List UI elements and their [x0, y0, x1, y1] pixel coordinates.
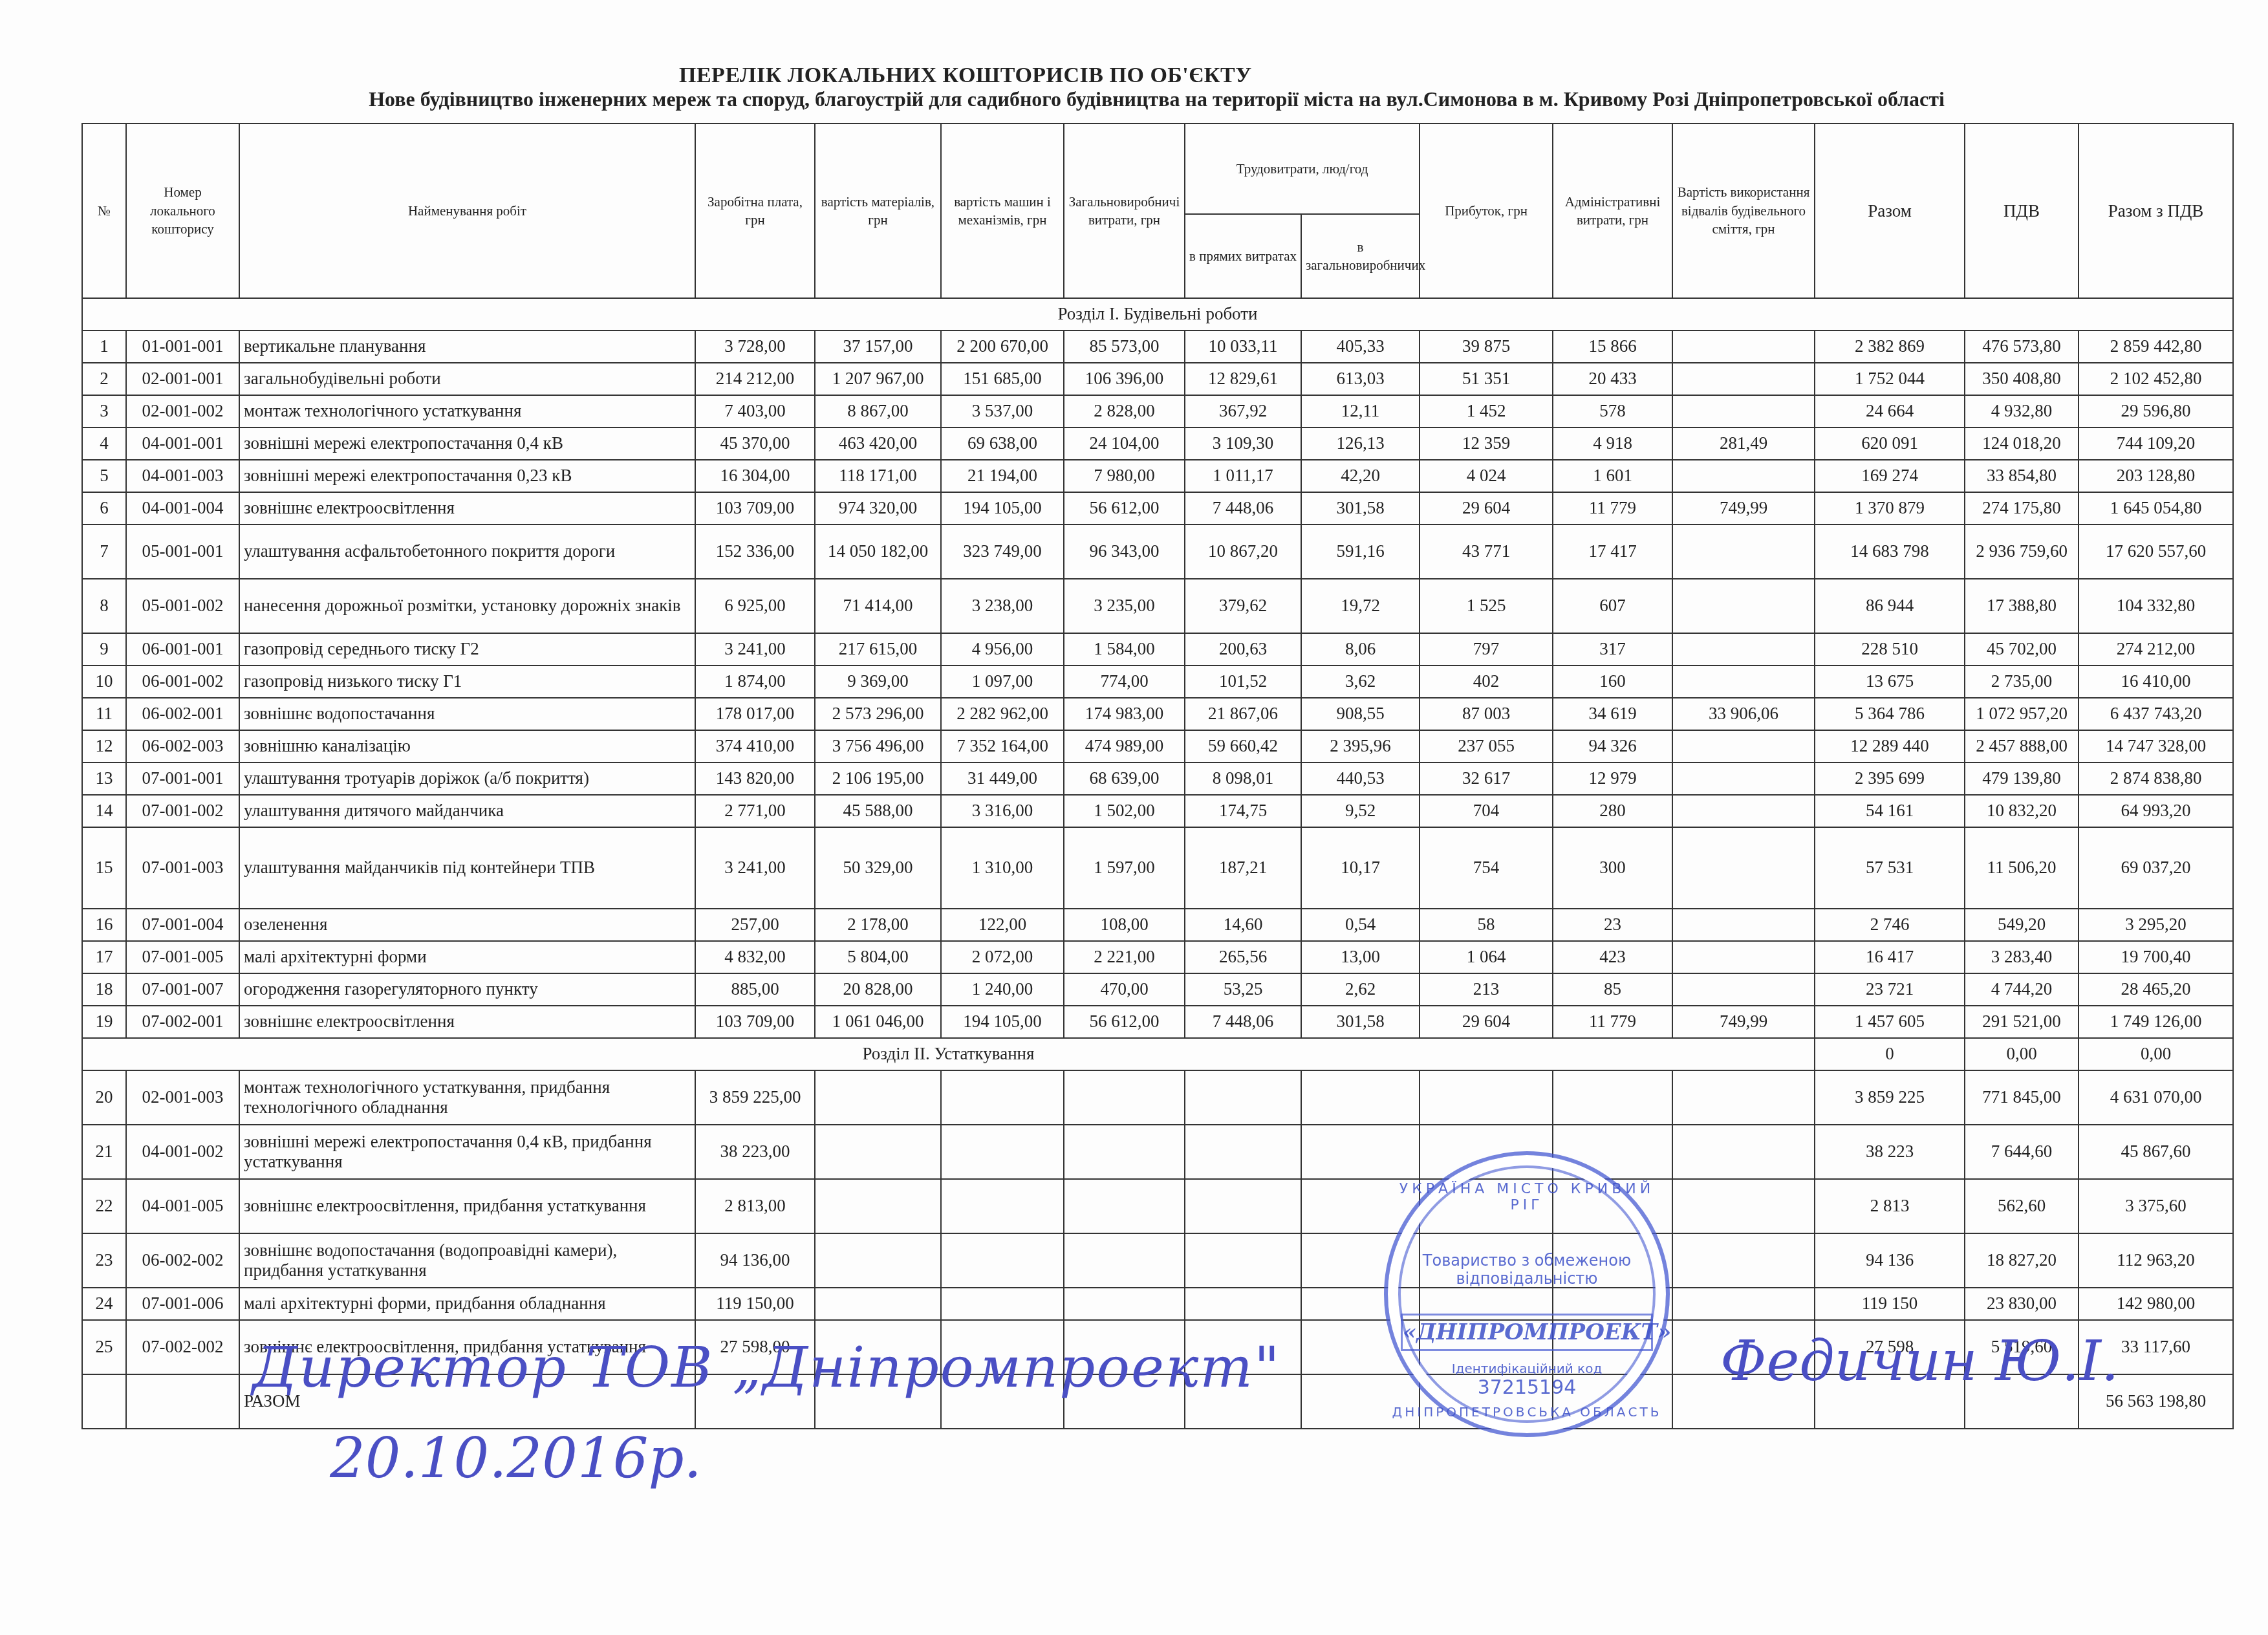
- handwritten-signature-name: Федичин Ю.І.: [1720, 1329, 2119, 1394]
- cell-overhead: 85 573,00: [1064, 330, 1185, 363]
- cell-profit: 754: [1420, 827, 1553, 909]
- cell-labor-direct: [1185, 1070, 1301, 1125]
- cell-waste: [1672, 973, 1815, 1006]
- table-row: 404-001-001зовнішні мережі електропостач…: [82, 428, 2233, 460]
- cell-labor-direct: 12 829,61: [1185, 363, 1301, 395]
- cell-overhead: 2 221,00: [1064, 941, 1185, 973]
- cell-name: зовнішні мережі електропостачання 0,4 кВ…: [239, 1125, 695, 1179]
- cell-total: 54 161: [1815, 795, 1965, 827]
- cell-overhead: 1 584,00: [1064, 633, 1185, 666]
- cell-wages: 3 728,00: [695, 330, 815, 363]
- cell-total: 16 417: [1815, 941, 1965, 973]
- cell-labor-overhead: 2 395,96: [1301, 730, 1420, 763]
- cell-admin: 11 779: [1553, 1006, 1672, 1038]
- cell-machines: 323 749,00: [941, 525, 1064, 579]
- header-no: №: [82, 124, 126, 298]
- cell-admin: 15 866: [1553, 330, 1672, 363]
- cell-materials: 2 573 296,00: [815, 698, 941, 730]
- cell-total: 228 510: [1815, 633, 1965, 666]
- document-subtitle: Нове будівництво інженерних мереж та спо…: [0, 87, 2268, 111]
- cell-total-vat: 274 212,00: [2079, 633, 2233, 666]
- section-label-vat: 0,00: [1965, 1038, 2079, 1070]
- section-header-row: Розділ І. Будівельні роботи: [82, 298, 2233, 330]
- document-page: ПЕРЕЛІК ЛОКАЛЬНИХ КОШТОРИСІВ ПО ОБ'ЄКТУ …: [0, 0, 2268, 1635]
- cell-labor-direct: 367,92: [1185, 395, 1301, 428]
- cell-machines: 194 105,00: [941, 1006, 1064, 1038]
- cell-profit: 39 875: [1420, 330, 1553, 363]
- cell-vat: 2 457 888,00: [1965, 730, 2079, 763]
- cell-labor-overhead: 19,72: [1301, 579, 1420, 633]
- cell-total: 1 752 044: [1815, 363, 1965, 395]
- cell-machines: 7 352 164,00: [941, 730, 1064, 763]
- cell-no: 2: [82, 363, 126, 395]
- cell-wages: 4 832,00: [695, 941, 815, 973]
- cell-profit: 797: [1420, 633, 1553, 666]
- cell-labor-direct: 59 660,42: [1185, 730, 1301, 763]
- cell-waste: [1672, 730, 1815, 763]
- cell-labor-overhead: 10,17: [1301, 827, 1420, 909]
- cell-labor-direct: 7 448,06: [1185, 492, 1301, 525]
- cell-overhead: 3 235,00: [1064, 579, 1185, 633]
- cell-vat: 771 845,00: [1965, 1070, 2079, 1125]
- table-row: 1907-002-001зовнішнє електроосвітлення10…: [82, 1006, 2233, 1038]
- cell-admin: 34 619: [1553, 698, 1672, 730]
- cell-no: 6: [82, 492, 126, 525]
- cell-labor-overhead: 613,03: [1301, 363, 1420, 395]
- cell-no: 7: [82, 525, 126, 579]
- cell-total-vat: 3 375,60: [2079, 1179, 2233, 1233]
- cell-waste: [1672, 363, 1815, 395]
- cell-name: малі архітектурні форми: [239, 941, 695, 973]
- cell-name: зовнішнє водопостачання: [239, 698, 695, 730]
- cell-name: улаштування майданчиків під контейнери Т…: [239, 827, 695, 909]
- table-row: 202-001-001загальнобудівельні роботи214 …: [82, 363, 2233, 395]
- header-name: Найменування робіт: [239, 124, 695, 298]
- cell-total: 1 370 879: [1815, 492, 1965, 525]
- cell-materials: 118 171,00: [815, 460, 941, 492]
- cell-labor-direct: [1185, 1125, 1301, 1179]
- table-row: 906-001-001газопровід середнього тиску Г…: [82, 633, 2233, 666]
- cell-labor-direct: 379,62: [1185, 579, 1301, 633]
- cell-machines: [941, 1233, 1064, 1288]
- cell-code: 07-002-001: [126, 1006, 239, 1038]
- cell-labor-overhead: [1301, 1125, 1420, 1179]
- cell-name: газопровід низького тиску Г1: [239, 666, 695, 698]
- cell-no: 21: [82, 1125, 126, 1179]
- cell-waste: [1672, 1179, 1815, 1233]
- cell-wages: 119 150,00: [695, 1288, 815, 1320]
- cell-code: 07-001-001: [126, 763, 239, 795]
- cell-total-vat: 69 037,20: [2079, 827, 2233, 909]
- cell-code: 06-002-001: [126, 698, 239, 730]
- cell-no: 24: [82, 1288, 126, 1320]
- cell-total: 169 274: [1815, 460, 1965, 492]
- cell-waste: [1672, 1288, 1815, 1320]
- cell-code: 02-001-002: [126, 395, 239, 428]
- table-row: 1407-001-002улаштування дитячого майданч…: [82, 795, 2233, 827]
- cell-code: 07-001-002: [126, 795, 239, 827]
- cell-admin: 20 433: [1553, 363, 1672, 395]
- cell-materials: [815, 1288, 941, 1320]
- cell-materials: 37 157,00: [815, 330, 941, 363]
- cell-name: зовнішні мережі електропостачання 0,23 к…: [239, 460, 695, 492]
- cell-total-vat: 4 631 070,00: [2079, 1070, 2233, 1125]
- cell-overhead: 7 980,00: [1064, 460, 1185, 492]
- cell-no: 16: [82, 909, 126, 941]
- cell-vat: 17 388,80: [1965, 579, 2079, 633]
- header-vat: ПДВ: [1965, 124, 2079, 298]
- cell-no: 13: [82, 763, 126, 795]
- cell-vat: 11 506,20: [1965, 827, 2079, 909]
- cell-wages: 178 017,00: [695, 698, 815, 730]
- cell-labor-direct: [1185, 1233, 1301, 1288]
- cell-name: газопровід середнього тиску Г2: [239, 633, 695, 666]
- table-body: Розділ І. Будівельні роботи101-001-001ве…: [82, 298, 2233, 1429]
- cell-machines: 194 105,00: [941, 492, 1064, 525]
- header-machines: вартість машин і механізмів, грн: [941, 124, 1064, 298]
- cell-machines: 31 449,00: [941, 763, 1064, 795]
- cell-labor-direct: 3 109,30: [1185, 428, 1301, 460]
- cell-labor-direct: 53,25: [1185, 973, 1301, 1006]
- handwritten-date: 20.10.2016р.: [330, 1426, 702, 1491]
- cell-admin: 423: [1553, 941, 1672, 973]
- cell-name: нанесення дорожньої розмітки, установку …: [239, 579, 695, 633]
- cell-name: зовнішнє електроосвітлення: [239, 1006, 695, 1038]
- cell-vat: 4 744,20: [1965, 973, 2079, 1006]
- cell-wages: 45 370,00: [695, 428, 815, 460]
- cell-wages: 94 136,00: [695, 1233, 815, 1288]
- cell-waste: [1672, 460, 1815, 492]
- cell-labor-overhead: 908,55: [1301, 698, 1420, 730]
- cell-no: 4: [82, 428, 126, 460]
- cell-labor-direct: 265,56: [1185, 941, 1301, 973]
- handwritten-signature-line: Директор ТОВ „Дніпромпроект": [252, 1336, 1280, 1400]
- cell-wages: 214 212,00: [695, 363, 815, 395]
- cell-wages: 16 304,00: [695, 460, 815, 492]
- cell-waste: [1672, 395, 1815, 428]
- cell-code: 06-002-003: [126, 730, 239, 763]
- cell-vat: 274 175,80: [1965, 492, 2079, 525]
- cell-code: 07-001-006: [126, 1288, 239, 1320]
- cell-admin: 1 601: [1553, 460, 1672, 492]
- cell-admin: 160: [1553, 666, 1672, 698]
- cell-overhead: 174 983,00: [1064, 698, 1185, 730]
- cell-total-vat: 6 437 743,20: [2079, 698, 2233, 730]
- header-labor: Трудовитрати, люд/год: [1185, 124, 1420, 214]
- cell-name: зовнішнє електроосвітлення, придбання ус…: [239, 1179, 695, 1233]
- cell-no: 1: [82, 330, 126, 363]
- cell-no: 22: [82, 1179, 126, 1233]
- cell-waste: [1672, 1125, 1815, 1179]
- cell-materials: 9 369,00: [815, 666, 941, 698]
- cell-no: 17: [82, 941, 126, 973]
- cell-total-vat: 1 645 054,80: [2079, 492, 2233, 525]
- cell-profit: 4 024: [1420, 460, 1553, 492]
- cell-materials: 8 867,00: [815, 395, 941, 428]
- cell-total: 13 675: [1815, 666, 1965, 698]
- cell-code: 06-002-002: [126, 1233, 239, 1288]
- cell-profit: 213: [1420, 973, 1553, 1006]
- cell-wages: 3 241,00: [695, 827, 815, 909]
- cell-code: 05-001-001: [126, 525, 239, 579]
- cell-wages: 2 813,00: [695, 1179, 815, 1233]
- cell-overhead: [1064, 1070, 1185, 1125]
- cell-profit: 32 617: [1420, 763, 1553, 795]
- header-overhead: Загальновиробничі витрати, грн: [1064, 124, 1185, 298]
- cell-waste: [1672, 579, 1815, 633]
- cell-labor-direct: [1185, 1179, 1301, 1233]
- cell-code: 07-001-004: [126, 909, 239, 941]
- cell-profit: 29 604: [1420, 492, 1553, 525]
- cell-profit: 29 604: [1420, 1006, 1553, 1038]
- cell-name: озеленення: [239, 909, 695, 941]
- table-row: 1106-002-001зовнішнє водопостачання178 0…: [82, 698, 2233, 730]
- cell-machines: 2 072,00: [941, 941, 1064, 973]
- table-row: 2204-001-005зовнішнє електроосвітлення, …: [82, 1179, 2233, 1233]
- cell-vat: 291 521,00: [1965, 1006, 2079, 1038]
- cell-total-vat: 2 874 838,80: [2079, 763, 2233, 795]
- document-title: ПЕРЕЛІК ЛОКАЛЬНИХ КОШТОРИСІВ ПО ОБ'ЄКТУ: [679, 63, 1252, 88]
- cell-overhead: 1 597,00: [1064, 827, 1185, 909]
- cell-overhead: 24 104,00: [1064, 428, 1185, 460]
- cell-waste: [1672, 1233, 1815, 1288]
- cell-machines: 3 238,00: [941, 579, 1064, 633]
- cell-wages: 143 820,00: [695, 763, 815, 795]
- cell-materials: 71 414,00: [815, 579, 941, 633]
- header-labor-overhead: в загальновиробничих: [1301, 214, 1420, 298]
- empty-cell: [82, 1374, 126, 1429]
- section-label: Розділ ІІ. Устаткування: [82, 1038, 1815, 1070]
- cell-vat: 124 018,20: [1965, 428, 2079, 460]
- cell-labor-direct: 200,63: [1185, 633, 1301, 666]
- cell-materials: 20 828,00: [815, 973, 941, 1006]
- cell-total-vat: 142 980,00: [2079, 1288, 2233, 1320]
- cell-profit: 402: [1420, 666, 1553, 698]
- cell-name: монтаж технологічного устаткування, прид…: [239, 1070, 695, 1125]
- cell-code: 07-002-002: [126, 1320, 239, 1374]
- section-header-row: Розділ ІІ. Устаткування00,000,00: [82, 1038, 2233, 1070]
- cell-vat: 476 573,80: [1965, 330, 2079, 363]
- cell-name: улаштування тротуарів доріжок (а/б покри…: [239, 763, 695, 795]
- cell-name: зовнішню каналізацію: [239, 730, 695, 763]
- cell-no: 3: [82, 395, 126, 428]
- cell-total-vat: 29 596,80: [2079, 395, 2233, 428]
- cell-admin: 607: [1553, 579, 1672, 633]
- cell-labor-overhead: 301,58: [1301, 1006, 1420, 1038]
- cell-machines: 151 685,00: [941, 363, 1064, 395]
- cell-wages: 257,00: [695, 909, 815, 941]
- cell-code: 02-001-003: [126, 1070, 239, 1125]
- table-row: 1206-002-003зовнішню каналізацію374 410,…: [82, 730, 2233, 763]
- cell-labor-direct: 14,60: [1185, 909, 1301, 941]
- cell-labor-overhead: 0,54: [1301, 909, 1420, 941]
- cell-total: 12 289 440: [1815, 730, 1965, 763]
- cell-materials: [815, 1125, 941, 1179]
- cell-admin: 94 326: [1553, 730, 1672, 763]
- cell-vat: 1 072 957,20: [1965, 698, 2079, 730]
- cell-overhead: [1064, 1288, 1185, 1320]
- cell-vat: 479 139,80: [1965, 763, 2079, 795]
- cell-total: 1 457 605: [1815, 1006, 1965, 1038]
- cell-admin: [1553, 1070, 1672, 1125]
- cell-wages: 2 771,00: [695, 795, 815, 827]
- cell-wages: 374 410,00: [695, 730, 815, 763]
- cell-vat: 4 932,80: [1965, 395, 2079, 428]
- header-total-vat: Разом з ПДВ: [2079, 124, 2233, 298]
- cell-labor-direct: 174,75: [1185, 795, 1301, 827]
- cell-vat: 23 830,00: [1965, 1288, 2079, 1320]
- cell-code: 05-001-002: [126, 579, 239, 633]
- cell-no: 18: [82, 973, 126, 1006]
- cell-labor-direct: 187,21: [1185, 827, 1301, 909]
- section-label: Розділ І. Будівельні роботи: [82, 298, 2233, 330]
- cell-vat: 2 735,00: [1965, 666, 2079, 698]
- cell-vat: 10 832,20: [1965, 795, 2079, 827]
- empty-cell: [126, 1374, 239, 1429]
- cell-wages: 3 859 225,00: [695, 1070, 815, 1125]
- cell-materials: 1 061 046,00: [815, 1006, 941, 1038]
- cell-total: 2 395 699: [1815, 763, 1965, 795]
- cell-no: 9: [82, 633, 126, 666]
- cell-labor-overhead: 440,53: [1301, 763, 1420, 795]
- cell-code: 04-001-001: [126, 428, 239, 460]
- table-row: 1807-001-007огородження газорегуляторног…: [82, 973, 2233, 1006]
- cell-total: 3 859 225: [1815, 1070, 1965, 1125]
- cell-profit: 12 359: [1420, 428, 1553, 460]
- table-row: 504-001-003зовнішні мережі електропостач…: [82, 460, 2233, 492]
- cell-labor-overhead: [1301, 1070, 1420, 1125]
- cell-waste: [1672, 666, 1815, 698]
- cell-overhead: 474 989,00: [1064, 730, 1185, 763]
- cell-total: 24 664: [1815, 395, 1965, 428]
- cell-machines: [941, 1070, 1064, 1125]
- cell-vat: 3 283,40: [1965, 941, 2079, 973]
- cell-profit: 1 064: [1420, 941, 1553, 973]
- cell-profit: 51 351: [1420, 363, 1553, 395]
- stamp-ring-top: УКРАЇНА МІСТО КРИВИЙ РІГ: [1388, 1181, 1666, 1213]
- cell-name: монтаж технологічного устаткування: [239, 395, 695, 428]
- cell-machines: 3 537,00: [941, 395, 1064, 428]
- cell-total: 2 382 869: [1815, 330, 1965, 363]
- cell-total-vat: 14 747 328,00: [2079, 730, 2233, 763]
- cell-code: 02-001-001: [126, 363, 239, 395]
- cell-wages: 1 874,00: [695, 666, 815, 698]
- cell-no: 25: [82, 1320, 126, 1374]
- cell-total-vat: 3 295,20: [2079, 909, 2233, 941]
- cell-labor-overhead: 12,11: [1301, 395, 1420, 428]
- cell-materials: 463 420,00: [815, 428, 941, 460]
- header-profit: Прибуток, грн: [1420, 124, 1553, 298]
- cell-name: загальнобудівельні роботи: [239, 363, 695, 395]
- cell-overhead: [1064, 1125, 1185, 1179]
- cell-total: 38 223: [1815, 1125, 1965, 1179]
- cell-overhead: [1064, 1179, 1185, 1233]
- cell-no: 11: [82, 698, 126, 730]
- cell-name: улаштування асфальтобетонного покриття д…: [239, 525, 695, 579]
- cell-profit: 87 003: [1420, 698, 1553, 730]
- cell-total-vat: 28 465,20: [2079, 973, 2233, 1006]
- table-row: 2407-001-006 малі архітектурні форми, пр…: [82, 1288, 2233, 1320]
- cell-wages: 38 223,00: [695, 1125, 815, 1179]
- cell-wages: 3 241,00: [695, 633, 815, 666]
- cell-vat: 18 827,20: [1965, 1233, 2079, 1288]
- cell-no: 10: [82, 666, 126, 698]
- cell-machines: 69 638,00: [941, 428, 1064, 460]
- cell-overhead: 68 639,00: [1064, 763, 1185, 795]
- table-row: 1707-001-005малі архітектурні форми4 832…: [82, 941, 2233, 973]
- table-row: 2104-001-002зовнішні мережі електропоста…: [82, 1125, 2233, 1179]
- cell-admin: 12 979: [1553, 763, 1672, 795]
- cell-name: улаштування дитячого майданчика: [239, 795, 695, 827]
- cell-profit: 43 771: [1420, 525, 1553, 579]
- cell-no: 23: [82, 1233, 126, 1288]
- cell-machines: 1 310,00: [941, 827, 1064, 909]
- cell-waste: [1672, 1070, 1815, 1125]
- cell-name: зовнішнє водопостачання (водопроавідні к…: [239, 1233, 695, 1288]
- cell-wages: 7 403,00: [695, 395, 815, 428]
- estimates-table: № Номер локального кошторису Найменуванн…: [81, 123, 2234, 1429]
- cell-overhead: [1064, 1233, 1185, 1288]
- cell-admin: 578: [1553, 395, 1672, 428]
- cell-materials: [815, 1233, 941, 1288]
- cell-code: 04-001-003: [126, 460, 239, 492]
- cell-no: 15: [82, 827, 126, 909]
- cell-total-vat: 104 332,80: [2079, 579, 2233, 633]
- cell-waste: 281,49: [1672, 428, 1815, 460]
- table-row: 604-001-004зовнішнє електроосвітлення103…: [82, 492, 2233, 525]
- section-label-total-vat: 0,00: [2079, 1038, 2233, 1070]
- cell-labor-overhead: 2,62: [1301, 973, 1420, 1006]
- cell-total-vat: 1 749 126,00: [2079, 1006, 2233, 1038]
- cell-labor-overhead: 591,16: [1301, 525, 1420, 579]
- cell-materials: 50 329,00: [815, 827, 941, 909]
- cell-overhead: 470,00: [1064, 973, 1185, 1006]
- cell-labor-direct: 101,52: [1185, 666, 1301, 698]
- cell-total-vat: 19 700,40: [2079, 941, 2233, 973]
- cell-vat: 7 644,60: [1965, 1125, 2079, 1179]
- cell-admin: 23: [1553, 909, 1672, 941]
- cell-name: огородження газорегуляторного пункту: [239, 973, 695, 1006]
- cell-profit: [1420, 1070, 1553, 1125]
- cell-code: 04-001-004: [126, 492, 239, 525]
- cell-name: вертикальне планування: [239, 330, 695, 363]
- cell-code: 07-001-007: [126, 973, 239, 1006]
- cell-overhead: 108,00: [1064, 909, 1185, 941]
- table-row: 1006-001-002газопровід низького тиску Г1…: [82, 666, 2233, 698]
- cell-machines: 1 097,00: [941, 666, 1064, 698]
- cell-waste: [1672, 909, 1815, 941]
- cell-vat: 33 854,80: [1965, 460, 2079, 492]
- cell-machines: [941, 1125, 1064, 1179]
- cell-overhead: 1 502,00: [1064, 795, 1185, 827]
- cell-vat: 45 702,00: [1965, 633, 2079, 666]
- cell-wages: 103 709,00: [695, 492, 815, 525]
- cell-overhead: 56 612,00: [1064, 492, 1185, 525]
- cell-machines: 2 282 962,00: [941, 698, 1064, 730]
- cell-wages: 885,00: [695, 973, 815, 1006]
- table-row: 705-001-001улаштування асфальтобетонного…: [82, 525, 2233, 579]
- cell-total-vat: 203 128,80: [2079, 460, 2233, 492]
- cell-vat: 350 408,80: [1965, 363, 2079, 395]
- cell-waste: [1672, 330, 1815, 363]
- cell-admin: 17 417: [1553, 525, 1672, 579]
- cell-admin: 4 918: [1553, 428, 1672, 460]
- table-row: 1307-001-001улаштування тротуарів доріжо…: [82, 763, 2233, 795]
- cell-total: 86 944: [1815, 579, 1965, 633]
- cell-code: 06-001-001: [126, 633, 239, 666]
- cell-labor-overhead: 405,33: [1301, 330, 1420, 363]
- cell-materials: 217 615,00: [815, 633, 941, 666]
